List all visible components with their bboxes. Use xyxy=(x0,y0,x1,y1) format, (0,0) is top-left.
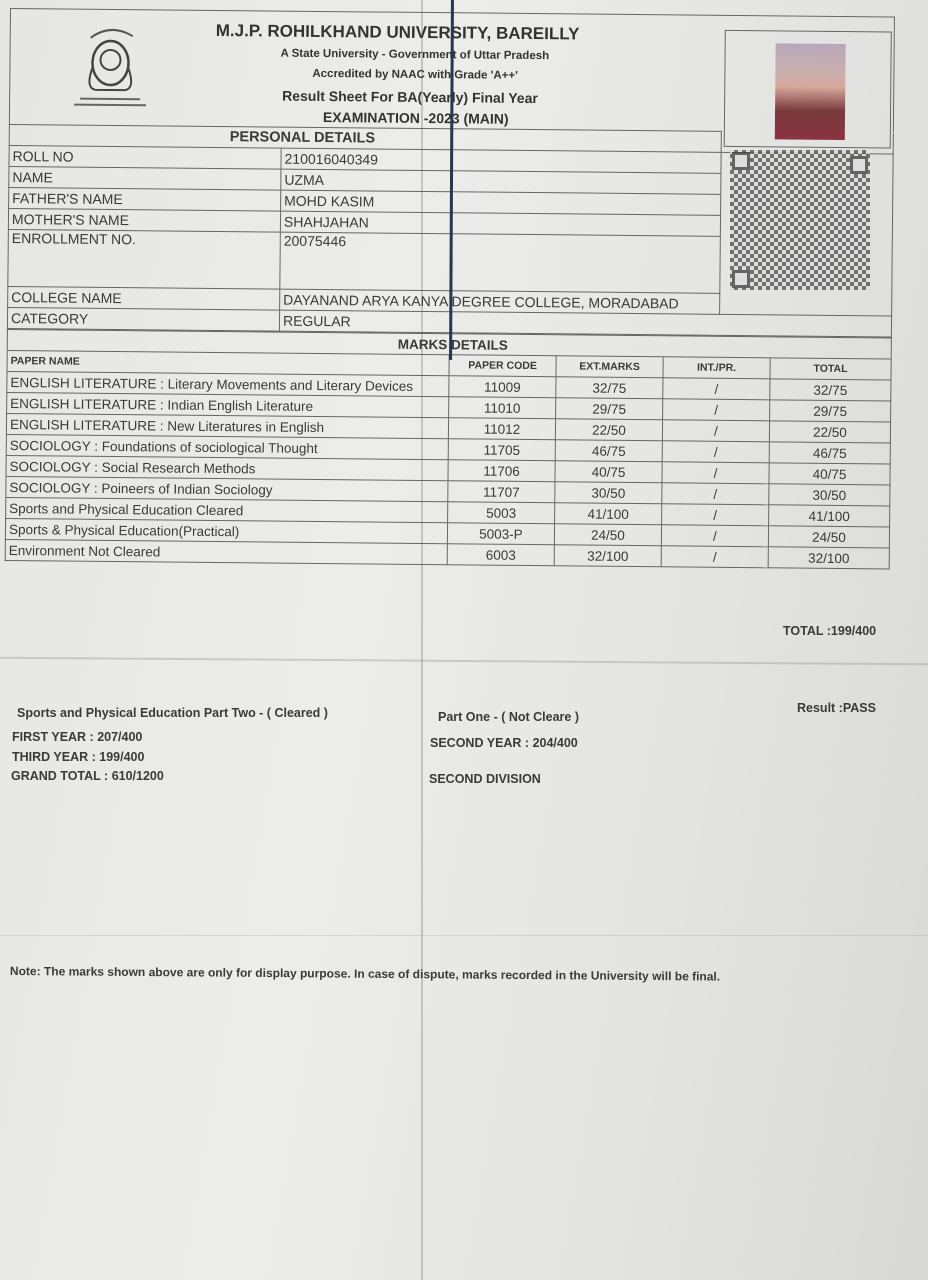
first-year-marks: FIRST YEAR : 207/400 xyxy=(12,730,142,744)
total-cell: 46/75 xyxy=(769,442,890,464)
header-line-1: A State University - Government of Uttar… xyxy=(281,48,550,63)
paper-code-cell: 11010 xyxy=(449,397,556,419)
ext-marks-cell: 46/75 xyxy=(555,440,662,462)
int-pr-cell: / xyxy=(661,525,768,547)
label-name: NAME xyxy=(9,166,281,190)
int-pr-cell: / xyxy=(661,546,768,568)
ext-marks-cell: 30/50 xyxy=(555,482,662,504)
qr-finder-icon xyxy=(850,156,868,174)
label-college-name: COLLEGE NAME xyxy=(8,286,280,310)
int-pr-cell: / xyxy=(662,504,769,526)
paper-code-cell: 11705 xyxy=(448,439,555,461)
int-pr-cell: / xyxy=(663,399,770,421)
total-cell: 24/50 xyxy=(768,526,889,548)
label-mother-name: MOTHER'S NAME xyxy=(8,208,280,232)
part-one-status: Part One - ( Not Cleare ) xyxy=(438,710,579,724)
ext-marks-cell: 32/75 xyxy=(556,377,663,399)
marks-details-table: MARKS DETAILS PAPER NAME PAPER CODE EXT.… xyxy=(5,329,892,569)
ext-marks-cell: 29/75 xyxy=(556,398,663,420)
result-status: Result :PASS xyxy=(797,701,876,715)
fold-crease-horizontal-lower xyxy=(0,935,928,936)
label-roll-no: ROLL NO xyxy=(9,145,281,169)
int-pr-cell: / xyxy=(662,420,769,442)
value-enrollment-no: 20075446 xyxy=(280,232,721,293)
paper-name-cell: Environment Not Cleared xyxy=(5,539,447,564)
total-marks: TOTAL :199/400 xyxy=(783,624,876,638)
ext-marks-cell: 24/50 xyxy=(554,524,661,546)
total-cell: 29/75 xyxy=(770,400,891,422)
disclaimer-note: Note: The marks shown above are only for… xyxy=(10,964,720,984)
total-cell: 41/100 xyxy=(769,505,890,527)
int-pr-cell: / xyxy=(663,378,770,400)
col-int-pr: INT./PR. xyxy=(663,357,770,379)
grand-total: GRAND TOTAL : 610/1200 xyxy=(11,769,164,783)
qr-code xyxy=(730,150,870,290)
student-photo xyxy=(775,43,846,140)
total-cell: 30/50 xyxy=(769,484,890,506)
sports-part-two-status: Sports and Physical Education Part Two -… xyxy=(17,706,328,720)
result-sheet-paper: M.J.P. ROHILKHAND UNIVERSITY, BAREILLY A… xyxy=(0,0,928,1280)
col-total: TOTAL xyxy=(770,358,891,380)
university-logo-icon xyxy=(60,17,161,113)
header-line-3: Result Sheet For BA(Yearly) Final Year xyxy=(282,88,538,106)
paper-code-cell: 5003 xyxy=(448,502,555,524)
ext-marks-cell: 41/100 xyxy=(555,503,662,525)
university-name: M.J.P. ROHILKHAND UNIVERSITY, BAREILLY xyxy=(216,21,580,44)
header-line-4: EXAMINATION -2023 (MAIN) xyxy=(323,109,509,127)
paper-code-cell: 11009 xyxy=(449,376,556,398)
int-pr-cell: / xyxy=(662,462,769,484)
ext-marks-cell: 32/100 xyxy=(554,545,661,567)
label-father-name: FATHER'S NAME xyxy=(9,187,281,211)
int-pr-cell: / xyxy=(662,483,769,505)
paper-code-cell: 11012 xyxy=(448,418,555,440)
ext-marks-cell: 22/50 xyxy=(555,419,662,441)
label-enrollment-no: ENROLLMENT NO. xyxy=(8,229,281,289)
total-cell: 22/50 xyxy=(769,421,890,443)
paper-code-cell: 5003-P xyxy=(447,523,554,545)
division: SECOND DIVISION xyxy=(429,772,541,786)
qr-finder-icon xyxy=(732,152,750,170)
ext-marks-cell: 40/75 xyxy=(555,461,662,483)
total-cell: 32/75 xyxy=(770,379,891,401)
total-cell: 32/100 xyxy=(768,547,889,569)
col-paper-code: PAPER CODE xyxy=(449,355,556,377)
paper-code-cell: 6003 xyxy=(447,544,554,566)
int-pr-cell: / xyxy=(662,441,769,463)
second-year-marks: SECOND YEAR : 204/400 xyxy=(430,736,578,750)
header-line-2: Accredited by NAAC with Grade 'A++' xyxy=(312,68,518,82)
col-ext-marks: EXT.MARKS xyxy=(556,356,663,378)
paper-code-cell: 11707 xyxy=(448,481,555,503)
qr-finder-icon xyxy=(732,270,750,288)
total-cell: 40/75 xyxy=(769,463,890,485)
paper-code-cell: 11706 xyxy=(448,460,555,482)
fold-crease-horizontal xyxy=(0,657,928,665)
third-year-marks: THIRD YEAR : 199/400 xyxy=(12,750,144,764)
label-category: CATEGORY xyxy=(7,307,279,331)
photo-frame xyxy=(724,30,892,149)
